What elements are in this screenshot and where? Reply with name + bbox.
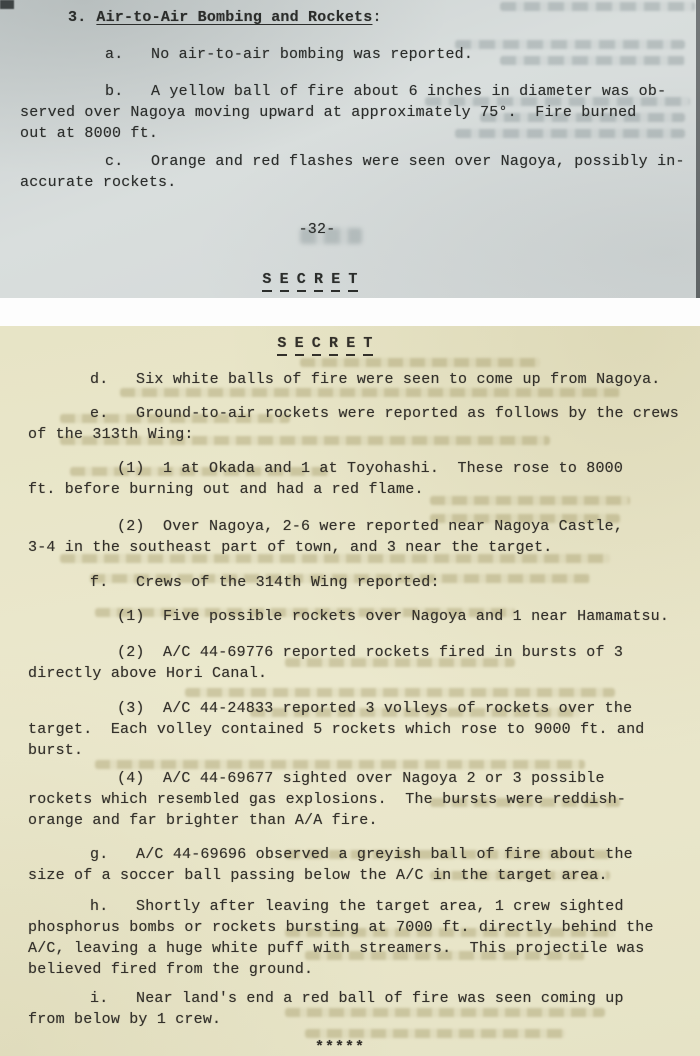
document-scan: 3.Air-to-Air Bombing and Rockets: a. No … <box>0 0 700 1056</box>
scan-edge-shadow <box>696 0 700 298</box>
paragraph-f3: (3) A/C 44-24833 reported 3 volleys of r… <box>28 698 692 761</box>
paragraph-i: i. Near land's end a red ball of fire wa… <box>28 988 692 1030</box>
section-number: 3. <box>68 9 86 26</box>
page-separator <box>0 298 700 326</box>
end-marker: ***** <box>8 1037 672 1056</box>
paragraph-e1: (1) 1 at Okada and 1 at Toyohashi. These… <box>28 458 692 500</box>
page-33: SECRET d. Six white balls of fire were s… <box>0 326 700 1056</box>
bleedthrough-text <box>300 358 540 367</box>
section-colon: : <box>372 9 381 26</box>
paragraph-3a: a. No air-to-air bombing was reported. <box>20 44 690 65</box>
section-title: Air-to-Air Bombing and Rockets <box>96 9 372 26</box>
paragraph-h: h. Shortly after leaving the target area… <box>28 896 692 980</box>
paragraph-f: f. Crews of the 314th Wing reported: <box>28 572 692 593</box>
paragraph-3b: b. A yellow ball of fire about 6 inches … <box>20 81 690 144</box>
page-number: -32- <box>0 219 652 240</box>
scan-corner-artifact <box>0 0 14 9</box>
paragraph-f4: (4) A/C 44-69677 sighted over Nagoya 2 o… <box>28 768 692 831</box>
page-32: 3.Air-to-Air Bombing and Rockets: a. No … <box>0 0 700 298</box>
paragraph-f2: (2) A/C 44-69776 reported rockets fired … <box>28 642 692 684</box>
paragraph-3c: c. Orange and red flashes were seen over… <box>20 151 690 193</box>
classification-stamp: SECRET <box>0 333 657 356</box>
section-heading: 3.Air-to-Air Bombing and Rockets: <box>20 7 690 28</box>
paragraph-e2: (2) Over Nagoya, 2-6 were reported near … <box>28 516 692 558</box>
paragraph-e: e. Ground-to-air rockets were reported a… <box>28 403 692 445</box>
classification-stamp: SECRET <box>0 269 645 292</box>
bleedthrough-text <box>185 688 615 697</box>
paragraph-g: g. A/C 44-69696 observed a greyish ball … <box>28 844 692 886</box>
paragraph-d: d. Six white balls of fire were seen to … <box>28 369 692 390</box>
paragraph-f1: (1) Five possible rockets over Nagoya an… <box>28 606 692 627</box>
